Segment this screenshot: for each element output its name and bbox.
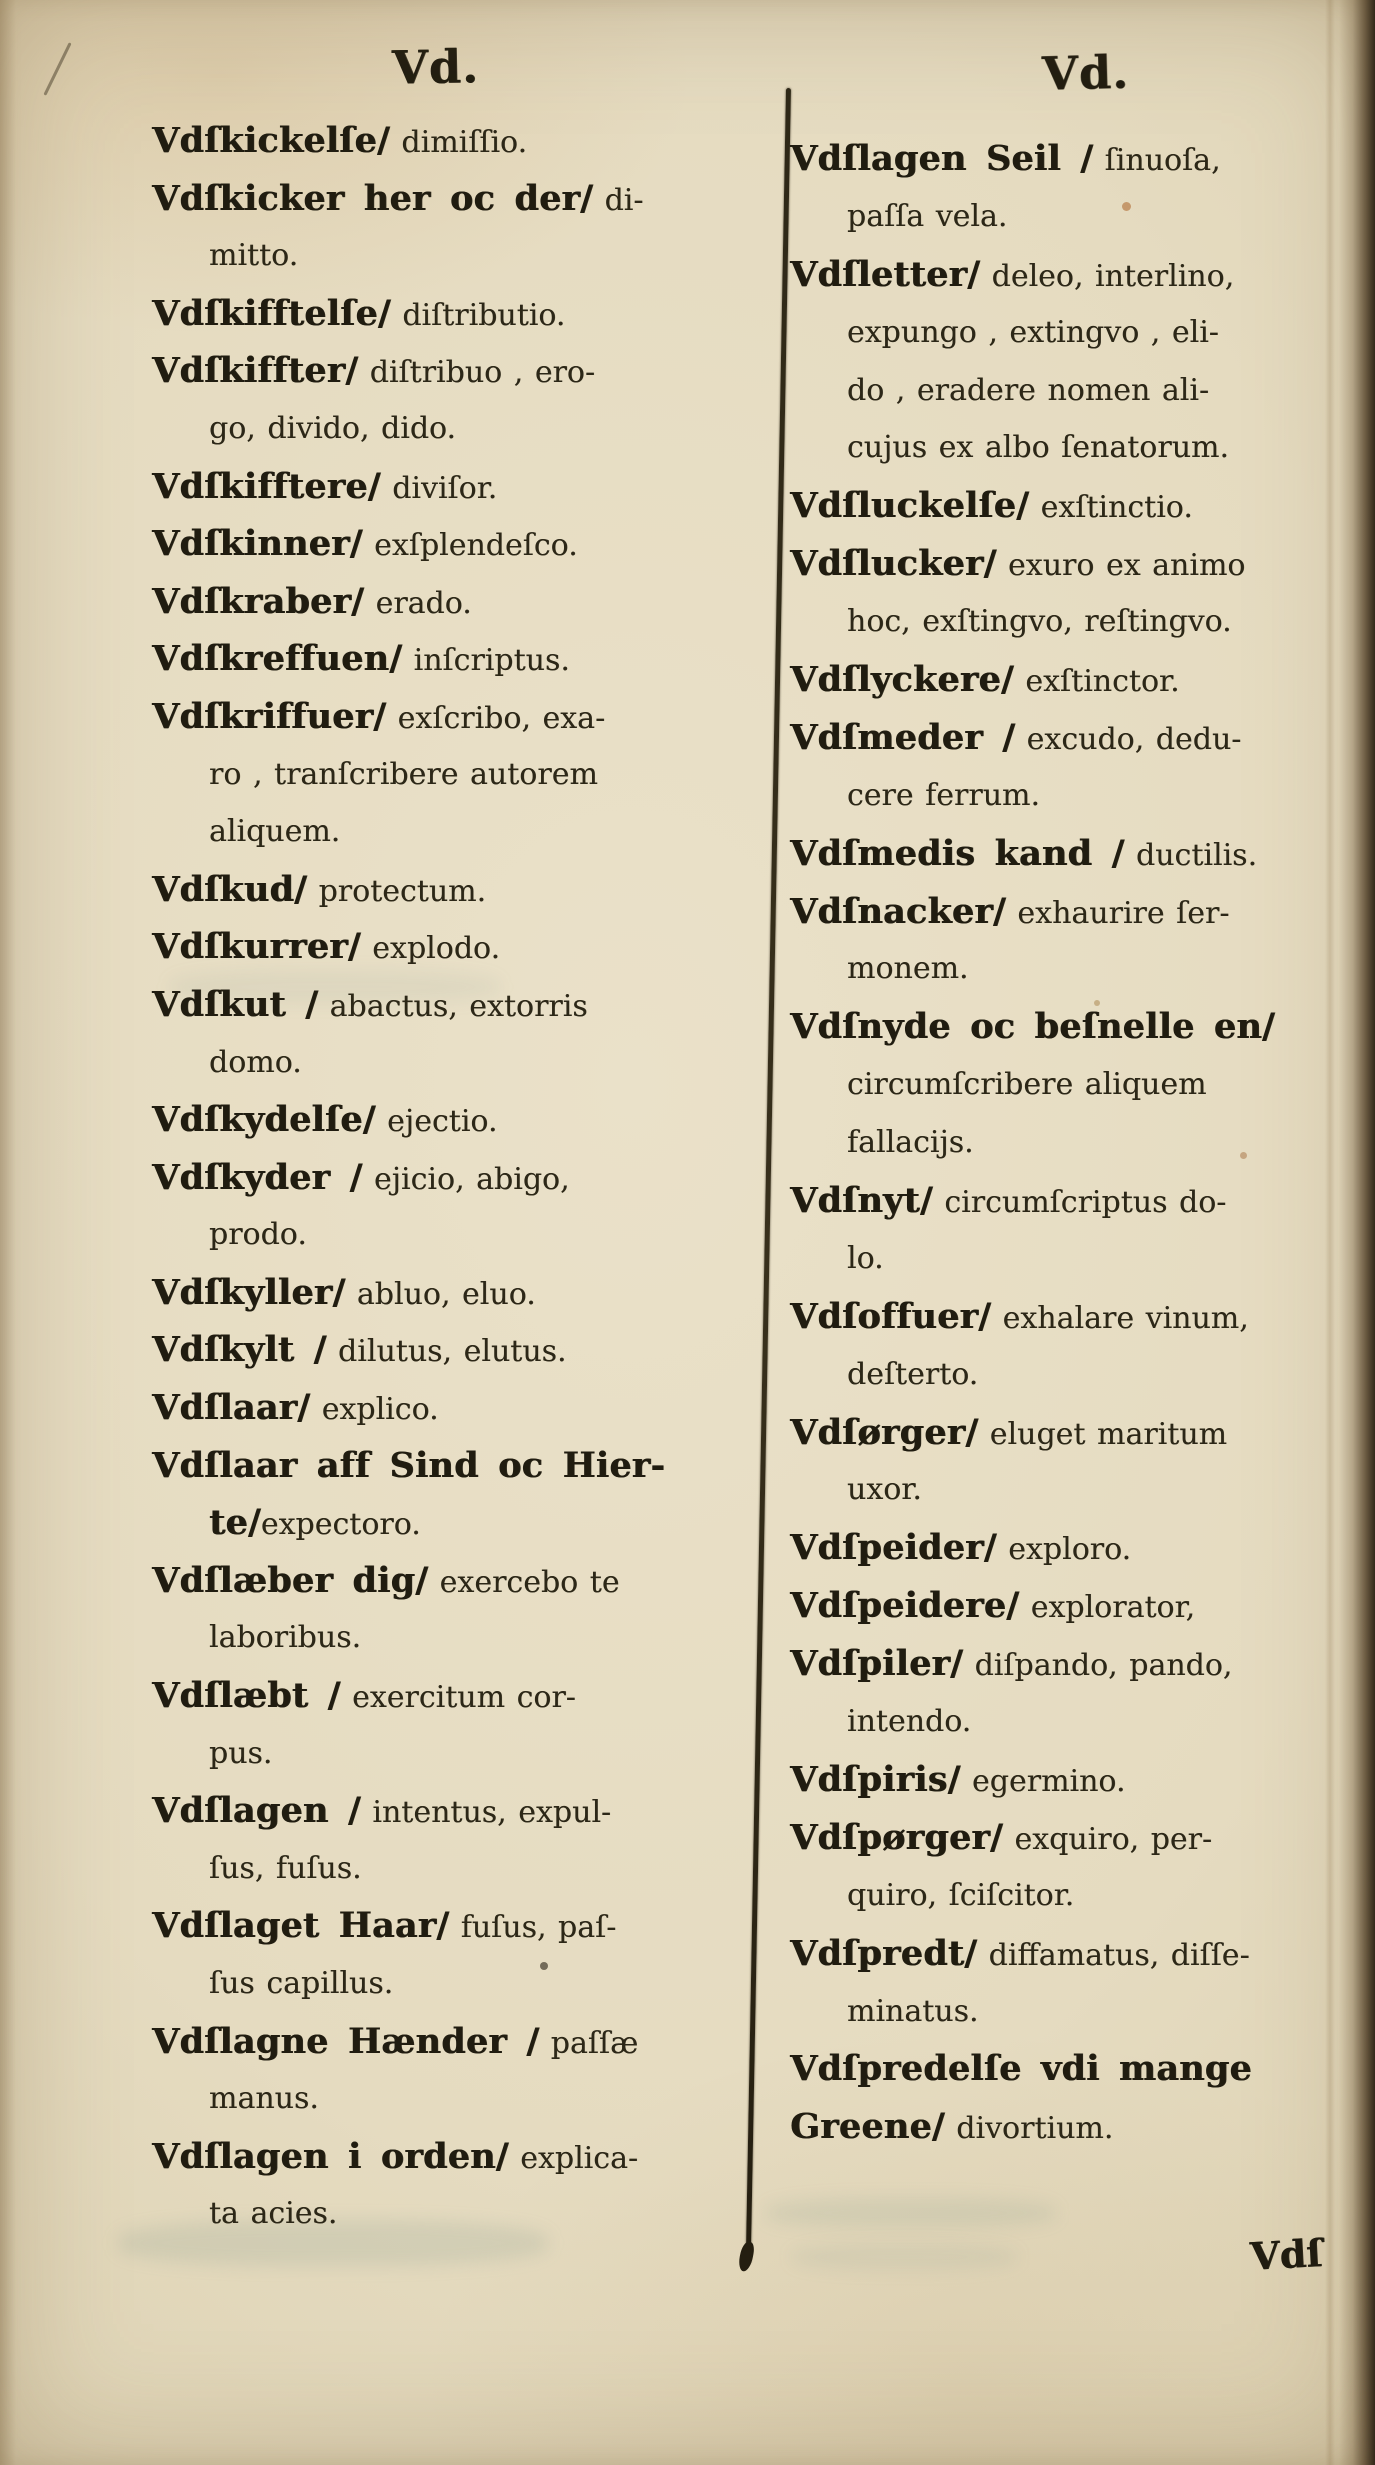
headword-text: Vdſlagen / [152,1790,361,1831]
entry-line: domo. [152,1034,800,1092]
entry-line: Vdſkraber/ erado. [152,573,800,631]
entry-line: go, divido, dido. [152,400,800,458]
headword-text: Vdſlyckere/ [790,659,1014,700]
entry-line: Vdſluckelſe/ exſtinctio. [790,477,1375,535]
page-edge-left-shadow [0,0,16,2465]
latin-gloss-text: mitto. [209,238,298,273]
latin-gloss-text: hoc, exſtingvo, reſtingvo. [847,604,1232,639]
entry-line: Vdſnacker/ exhaurire ſer- [790,883,1375,941]
running-head-left: Vd. [392,39,480,95]
entry-line: Vdſørger/ eluget maritum [790,1404,1375,1462]
headword-text: Vdſoffuer/ [790,1296,991,1337]
headword-text: Vdſpørger/ [790,1817,1003,1858]
headword-text: Vdſkiffter/ [152,350,358,391]
headword-text: Vdſkifftelſe/ [152,293,391,334]
entry-line: fallacijs. [790,1114,1375,1172]
latin-gloss-text: diviſor. [381,471,498,506]
column-left: Vdſkickelſe/ dimiſſio.Vdſkicker her oc d… [152,112,800,2243]
headword-text: Vdſlagen i orden/ [152,2136,509,2177]
headword-text: Vdſkut / [152,984,318,1025]
latin-gloss-text: exuro ex animo [996,548,1245,583]
entry-line: laboribus. [152,1609,800,1667]
entry-line: Vdſkicker her oc der/ di- [152,170,800,228]
entry-line: Vdſkydelſe/ ejectio. [152,1091,800,1149]
latin-gloss-text: explica- [509,2141,638,2176]
latin-gloss-text: exſtinctor. [1014,664,1180,699]
entry-line: Vdſnyt/ circumſcriptus do- [790,1172,1375,1230]
latin-gloss-text: ro , tranſcribere autorem [209,757,598,792]
entry-line: pus. [152,1725,800,1783]
entry-line: te/expectoro. [152,1494,800,1552]
latin-gloss-text: divortium. [945,2111,1114,2146]
latin-gloss-text: circumſcribere aliquem [847,1067,1207,1102]
headword-text: Vdſørger/ [790,1412,978,1453]
entry-line: Vdſlagen i orden/ explica- [152,2128,800,2186]
headword-text: Vdſnyde oc beſnelle en/ [790,1006,1275,1047]
headword-text: Vdſkinner/ [152,523,363,564]
entry-line: Vdſlaget Haar/ fuſus, paſ- [152,1897,800,1955]
entry-line: Vdſnyde oc beſnelle en/ [790,998,1375,1056]
headword-text: Vdſlæber dig/ [152,1560,428,1601]
headword-text: Vdſkyder / [152,1157,362,1198]
entry-line: Vdſlæber dig/ exercebo te [152,1552,800,1610]
entry-line: ſus capillus. [152,1955,800,2013]
entry-line: Vdſpeidere/ explorator, [790,1577,1375,1635]
headword-text: Vdſkifftere/ [152,466,381,507]
latin-gloss-text: explico. [310,1392,438,1427]
entry-line: Vdſkud/ protectum. [152,861,800,919]
headword-text: Vdſkydelſe/ [152,1099,376,1140]
headword-text: Vdſkud/ [152,869,307,910]
column-right: Vdſlagen Seil / ſinuoſa,paſſa vela.Vdſle… [790,130,1375,2156]
latin-gloss-text: circumſcriptus do- [933,1185,1227,1220]
headword-text: Vdſkickelſe/ [152,120,390,161]
entry-line: Vdſpiler/ diſpando, pando, [790,1635,1375,1693]
entry-line: Vdſlagen Seil / ſinuoſa, [790,130,1375,188]
headword-text: Vdſpredt/ [790,1933,977,1974]
headword-text: Vdſlæbt / [152,1675,341,1716]
latin-gloss-text: dimiſſio. [390,125,527,160]
entry-line: circumſcribere aliquem [790,1056,1375,1114]
entry-line: mitto. [152,227,800,285]
entry-line: cere ferrum. [790,767,1375,825]
book-gutter-edge [1339,0,1375,2465]
latin-gloss-text: exſplendeſco. [363,528,578,563]
entry-line: Vdſlagen / intentus, expul- [152,1782,800,1840]
latin-gloss-text: paſſa vela. [847,199,1007,234]
entry-line: manus. [152,2070,800,2128]
latin-gloss-text: explodo. [361,931,500,966]
entry-line: Vdſkifftelſe/ diſtributio. [152,285,800,343]
entry-line: Vdſmedis kand / ductilis. [790,825,1375,883]
latin-gloss-text: do , eradere nomen ali- [847,373,1209,408]
latin-gloss-text: ta acies. [209,2196,337,2231]
entry-line: quiro, ſciſcitor. [790,1867,1375,1925]
latin-gloss-text: explorator, [1019,1590,1195,1625]
entry-line: Vdſpredelſe vdi mange [790,2040,1375,2098]
latin-gloss-text: cujus ex albo ſenatorum. [847,430,1229,465]
latin-gloss-text: excudo, dedu- [1015,722,1241,757]
latin-gloss-text: uxor. [847,1472,922,1507]
headword-text: Vdſkurrer/ [152,926,361,967]
latin-gloss-text: deſterto. [847,1357,978,1392]
latin-gloss-text: inſcriptus. [402,643,570,678]
headword-text: Vdſpiler/ [790,1643,963,1684]
headword-text: Vdſluckelſe/ [790,485,1029,526]
entry-line: lo. [790,1230,1375,1288]
headword-text: Vdſlaar/ [152,1387,310,1428]
latin-gloss-text: egermino. [960,1764,1125,1799]
entry-line: Vdſpeider/ exploro. [790,1519,1375,1577]
latin-gloss-text: diffamatus, diſſe- [977,1938,1250,1973]
latin-gloss-text: abluo, eluo. [345,1277,535,1312]
entry-line: expungo , extingvo , eli- [790,304,1375,362]
latin-gloss-text: diſtribuo , ero- [358,355,595,390]
entry-line: Vdſlæbt / exercitum cor- [152,1667,800,1725]
latin-gloss-text: exſcribo, exa- [386,701,605,736]
entry-line: Vdſlaar/ explico. [152,1379,800,1437]
entry-line: Vdſkiffter/ diſtribuo , ero- [152,342,800,400]
entry-line: Vdſkylt / dilutus, elutus. [152,1321,800,1379]
headword-text: Vdſpiris/ [790,1759,960,1800]
entry-line: intendo. [790,1693,1375,1751]
latin-gloss-text: abactus, extorris [318,989,588,1024]
headword-text: Vdſnacker/ [790,891,1006,932]
headword-text: te/ [209,1502,261,1543]
entry-line: ta acies. [152,2185,800,2243]
headword-text: Vdſkreffuen/ [152,638,402,679]
entry-line: aliquem. [152,803,800,861]
latin-gloss-text: prodo. [209,1217,307,1252]
latin-gloss-text: monem. [847,951,969,986]
latin-gloss-text: quiro, ſciſcitor. [847,1878,1074,1913]
headword-text: Vdſkicker her oc der/ [152,178,593,219]
entry-line: Vdſkurrer/ explodo. [152,918,800,976]
latin-gloss-text: intendo. [847,1704,971,1739]
running-head-right: Vd. [1041,45,1129,101]
latin-gloss-text: ductilis. [1124,838,1257,873]
entry-line: Vdſkriffuer/ exſcribo, exa- [152,688,800,746]
headword-text: Greene/ [790,2106,945,2147]
headword-text: Vdſmedis kand / [790,833,1124,874]
ink-bleedthrough-smudge [766,2198,1056,2228]
latin-gloss-text: aliquem. [209,814,340,849]
entry-line: Greene/ divortium. [790,2098,1375,2156]
headword-text: Vdſlagne Hænder / [152,2021,539,2062]
latin-gloss-text: ejicio, abigo, [362,1162,569,1197]
entry-line: Vdſpørger/ exquiro, per- [790,1809,1375,1867]
latin-gloss-text: laboribus. [209,1620,361,1655]
headword-text: Vdſpredelſe vdi mange [790,2048,1252,2089]
latin-gloss-text: exploro. [997,1532,1131,1567]
entry-line: uxor. [790,1461,1375,1519]
latin-gloss-text: diſpando, pando, [963,1648,1232,1683]
entry-line: Vdſlagne Hænder / paſſæ [152,2013,800,2071]
headword-text: Vdſkyller/ [152,1272,345,1313]
latin-gloss-text: diſtributio. [391,298,566,333]
headword-text: Vdſlucker/ [790,543,996,584]
headword-text: Vdſlaar aff Sind oc Hier- [152,1445,665,1486]
latin-gloss-text: exercebo te [428,1565,619,1600]
latin-gloss-text: fallacijs. [847,1125,974,1160]
catchword: Vdſ [1249,2230,1324,2279]
paper-scratch [43,42,71,95]
headword-text: Vdſpeider/ [790,1527,997,1568]
entry-line: Vdſlucker/ exuro ex animo [790,535,1375,593]
latin-gloss-text: pus. [209,1736,272,1771]
headword-text: Vdſpeidere/ [790,1585,1019,1626]
latin-gloss-text: manus. [209,2081,319,2116]
entry-line: Vdſkickelſe/ dimiſſio. [152,112,800,170]
latin-gloss-text: dilutus, elutus. [327,1334,567,1369]
entry-line: Vdſmeder / excudo, dedu- [790,709,1375,767]
latin-gloss-text: ejectio. [376,1104,498,1139]
entry-line: Vdſkyller/ abluo, eluo. [152,1264,800,1322]
latin-gloss-text: ſus capillus. [209,1966,393,2001]
latin-gloss-text: domo. [209,1045,302,1080]
latin-gloss-text: exercitum cor- [341,1680,576,1715]
entry-line: Vdſletter/ deleo, interlino, [790,246,1375,304]
headword-text: Vdſkylt / [152,1329,327,1370]
entry-line: do , eradere nomen ali- [790,362,1375,420]
ink-bleedthrough-smudge [792,2244,1017,2270]
entry-line: Vdſlaar aff Sind oc Hier- [152,1437,800,1495]
latin-gloss-text: eluget maritum [978,1417,1227,1452]
latin-gloss-text: expectoro. [261,1507,421,1542]
latin-gloss-text: exquiro, per- [1003,1822,1212,1857]
entry-line: Vdſpiris/ egermino. [790,1751,1375,1809]
latin-gloss-text: cere ferrum. [847,778,1040,813]
latin-gloss-text: paſſæ [539,2026,638,2061]
latin-gloss-text: go, divido, dido. [209,411,456,446]
entry-line: Vdſkinner/ exſplendeſco. [152,515,800,573]
latin-gloss-text: lo. [847,1241,884,1276]
latin-gloss-text: deleo, interlino, [980,259,1234,294]
entry-line: Vdſlyckere/ exſtinctor. [790,651,1375,709]
latin-gloss-text: minatus. [847,1994,979,2029]
entry-line: ro , tranſcribere autorem [152,746,800,804]
latin-gloss-text: ſinuoſa, [1093,143,1220,178]
entry-line: Vdſkyder / ejicio, abigo, [152,1149,800,1207]
entry-line: minatus. [790,1983,1375,2041]
latin-gloss-text: intentus, expul- [361,1795,611,1830]
entry-line: monem. [790,940,1375,998]
latin-gloss-text: erado. [364,586,472,621]
page-scan: Vd. Vd. Vdſkickelſe/ dimiſſio.Vdſkicker … [0,0,1375,2465]
headword-text: Vdſmeder / [790,717,1015,758]
entry-line: Vdſkifftere/ diviſor. [152,458,800,516]
headword-text: Vdſkriffuer/ [152,696,386,737]
entry-line: Vdſoffuer/ exhalare vinum, [790,1288,1375,1346]
headword-text: Vdſlagen Seil / [790,138,1093,179]
latin-gloss-text: ſus, fuſus. [209,1851,362,1886]
latin-gloss-text: fuſus, paſ- [449,1910,616,1945]
latin-gloss-text: protectum. [307,874,486,909]
headword-text: Vdſletter/ [790,254,980,295]
headword-text: Vdſlaget Haar/ [152,1905,449,1946]
entry-line: Vdſpredt/ diffamatus, diſſe- [790,1925,1375,1983]
entry-line: deſterto. [790,1346,1375,1404]
latin-gloss-text: di- [593,183,643,218]
entry-line: Vdſkut / abactus, extorris [152,976,800,1034]
latin-gloss-text: expungo , extingvo , eli- [847,315,1219,350]
entry-line: hoc, exſtingvo, reſtingvo. [790,593,1375,651]
entry-line: Vdſkreffuen/ inſcriptus. [152,630,800,688]
latin-gloss-text: exſtinctio. [1029,490,1193,525]
entry-line: cujus ex albo ſenatorum. [790,419,1375,477]
headword-text: Vdſnyt/ [790,1180,933,1221]
entry-line: prodo. [152,1206,800,1264]
latin-gloss-text: exhaurire ſer- [1006,896,1230,931]
entry-line: paſſa vela. [790,188,1375,246]
latin-gloss-text: exhalare vinum, [991,1301,1249,1336]
headword-text: Vdſkraber/ [152,581,364,622]
entry-line: ſus, fuſus. [152,1840,800,1898]
